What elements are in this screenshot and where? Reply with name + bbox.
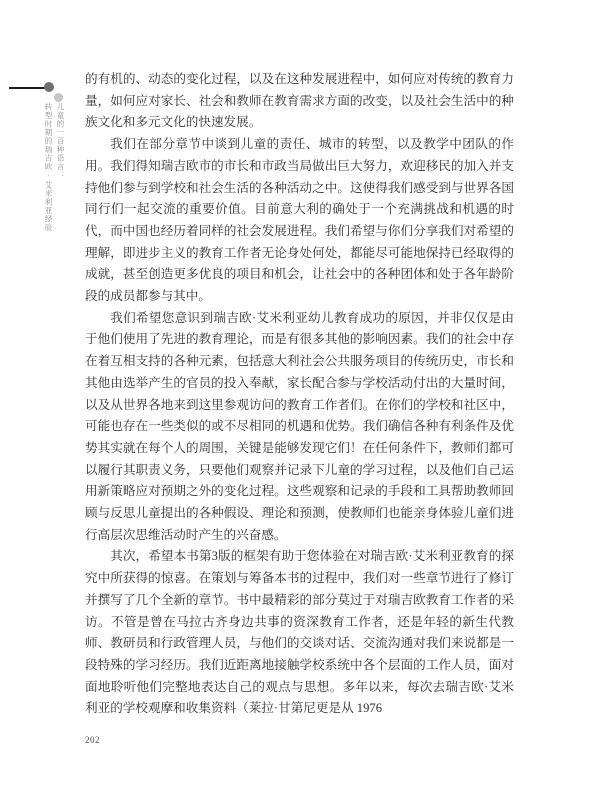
paragraph: 其次，希望本书第3版的框架有助于您体验在对瑞吉欧·艾米利亚教育的探究中所获得的惊… — [85, 546, 514, 720]
book-page: 儿童的一百种语言： 转型时期的瑞吉欧·艾米利亚经验 的有机的、动态的变化过程，以… — [0, 0, 594, 792]
paragraph: 我们希望您意识到瑞吉欧·艾米利亚幼儿教育成功的原因，并非仅仅是由于他们使用了先进… — [85, 308, 514, 547]
book-spine: 儿童的一百种语言： 转型时期的瑞吉欧·艾米利亚经验 — [39, 103, 66, 232]
book-subtitle-vertical: 转型时期的瑞吉欧·艾米利亚经验 — [42, 103, 54, 232]
spine-rule-line — [9, 87, 45, 89]
page-number: 202 — [85, 735, 100, 745]
book-title-vertical: 儿童的一百种语言： — [54, 103, 66, 232]
spine-dot-light-icon — [54, 93, 63, 102]
paragraph-continuation: 的有机的、动态的变化过程，以及在这种发展进程中，如何应对传统的教育力量，如何应对… — [85, 69, 514, 134]
paragraph: 我们在部分章节中谈到儿童的责任、城市的转型，以及教学中团队的作用。我们得知瑞吉欧… — [85, 134, 514, 308]
page-body: 的有机的、动态的变化过程，以及在这种发展进程中，如何应对传统的教育力量，如何应对… — [85, 69, 514, 720]
spine-dot-dark-icon — [44, 82, 54, 92]
